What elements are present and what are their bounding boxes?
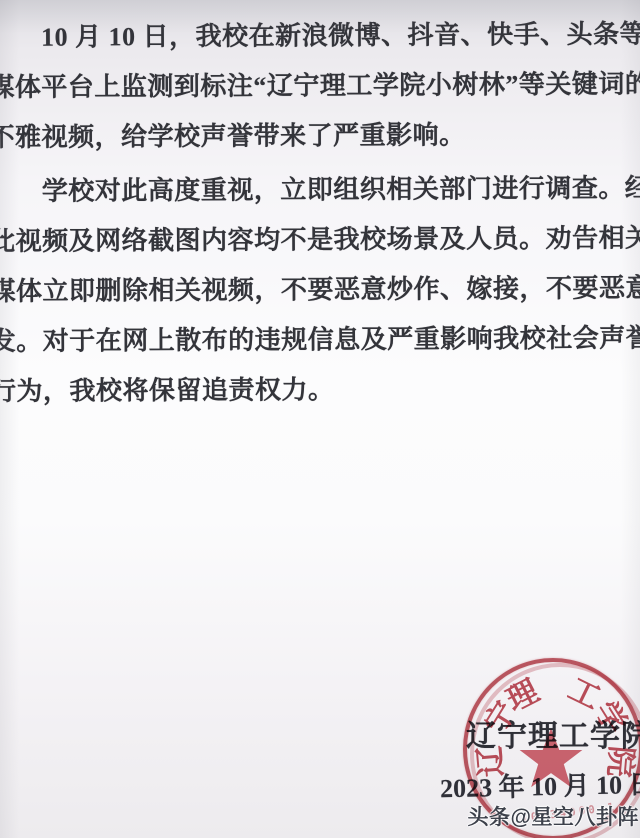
paragraph2-line1: 学校对此高度重视，立即组织相关部门进行调查。经查， (0, 163, 640, 217)
photographed-document: { "document": { "lines": [ "10 月 10 日，我校… (0, 0, 640, 838)
paragraph2-line2: 此视频及网络截图内容均不是我校场景及人员。劝告相关自 (0, 213, 640, 267)
platform-watermark: 头条@星空八卦阵 (468, 801, 639, 831)
paragraph1-line3: 不雅视频，给学校声誉带来了严重影响。 (0, 109, 640, 163)
paragraph2-line4: 发。对于在网上散布的违规信息及严重影响我校社会声誉的 (0, 313, 640, 367)
issuer-signature: 辽宁理工学院 (466, 711, 640, 755)
paragraph1-line1: 10 月 10 日，我校在新浪微博、抖音、快手、头条等自 (0, 9, 640, 63)
paragraph2-line3: 媒体立即删除相关视频，不要恶意炒作、嫁接，不要恶意转 (0, 263, 640, 317)
paragraph1-line2: 媒体平台上监测到标注“辽宁理工学院小树林”等关键词的 (0, 59, 640, 113)
document-date: 2023 年 10 月 10 日 (440, 764, 640, 806)
paragraph2-line5: 行为，我校将保留追责权力。 (0, 363, 640, 417)
seal-arc-char-gong: 工 (564, 673, 605, 714)
document-body-text: 10 月 10 日，我校在新浪微博、抖音、快手、头条等自 媒体平台上监测到标注“… (0, 9, 640, 417)
